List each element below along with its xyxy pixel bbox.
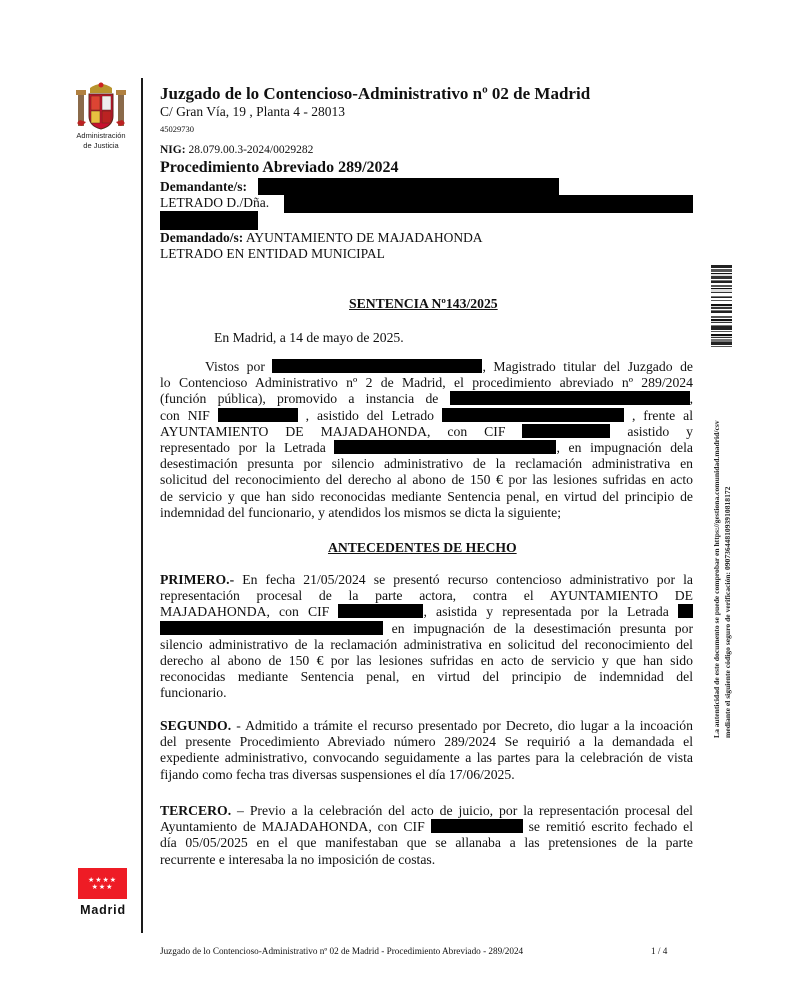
redaction-plaintiff xyxy=(450,391,690,405)
redaction-cif xyxy=(338,604,423,618)
text: expediente administrativo, convocando se… xyxy=(160,750,693,765)
administracion-justicia-caption: Administración de Justicia xyxy=(62,131,140,151)
segundo-line: expediente administrativo, convocando se… xyxy=(160,750,693,766)
intro-line: lo Contencioso Administrativo nº 2 de Ma… xyxy=(160,375,693,391)
redaction-plaintiff-lawyer-cont xyxy=(160,211,258,230)
text: día 05/05/2025 en el que manifestaban qu… xyxy=(160,835,693,850)
barcode-icon xyxy=(711,265,732,372)
verification-line-1: La autenticidad de este documento se pue… xyxy=(711,408,722,738)
intro-line: Vistos por , Magistrado titular del Juzg… xyxy=(160,359,693,375)
tercero-line: recurrente e interesaba la no imposición… xyxy=(160,852,693,868)
text: representado por la Letrada xyxy=(160,440,326,455)
defendant-value: AYUNTAMIENTO DE MAJADAHONDA xyxy=(243,230,482,245)
intro-paragraph: Vistos por , Magistrado titular del Juzg… xyxy=(160,359,693,521)
court-address: C/ Gran Vía, 19 , Planta 4 - 28013 xyxy=(160,104,345,120)
text: Vistos por xyxy=(205,359,265,374)
text: , asistida y representada por la Letrada xyxy=(423,604,668,619)
text: MAJADAHONDA, con CIF xyxy=(160,604,329,619)
segundo-line: SEGUNDO. - Admitido a trámite el recurso… xyxy=(160,718,693,734)
text: representación procesal de la parte acto… xyxy=(160,588,693,603)
text: lo Contencioso Administrativo nº 2 de Ma… xyxy=(160,375,693,390)
text: , xyxy=(690,391,693,406)
primero-line: en impugnación de la desestimación presu… xyxy=(160,621,693,637)
text: , en impugnación dela xyxy=(556,440,693,455)
text: con NIF xyxy=(160,408,210,423)
text: reconocidas mediante Sentencia penal, en… xyxy=(160,669,693,684)
redaction-magistrate xyxy=(272,359,482,373)
primero-line: PRIMERO.- En fecha 21/05/2024 se present… xyxy=(160,572,693,588)
primero-line: representación procesal de la parte acto… xyxy=(160,588,693,604)
intro-line: representado por la Letrada , en impugna… xyxy=(160,440,693,456)
madrid-logo-label: Madrid xyxy=(72,903,134,917)
text: fijando como fecha tras diversas suspens… xyxy=(160,767,515,782)
stars-row-2: ★★★ xyxy=(92,884,114,891)
segundo-line: fijando como fecha tras diversas suspens… xyxy=(160,767,693,783)
redaction-letrada xyxy=(334,440,556,454)
text: solicitud del reconocimiento del derecho… xyxy=(160,472,693,487)
intro-line: con NIF , asistido del Letrado , frente … xyxy=(160,408,693,424)
madrid-flag-icon: ★★★★ ★★★ xyxy=(78,868,127,899)
segundo-line: del presente Procedimiento Abreviado núm… xyxy=(160,734,693,750)
text: asistido y xyxy=(627,424,693,439)
court-code: 45029730 xyxy=(160,124,194,134)
text: AYUNTAMIENTO DE MAJADAHONDA, con CIF xyxy=(160,424,505,439)
primero-label: PRIMERO.- xyxy=(160,572,234,587)
text: , frente al xyxy=(632,408,693,423)
tercero-line: TERCERO. – Previo a la celebración del a… xyxy=(160,803,693,819)
text: - Admitido a trámite el recurso presenta… xyxy=(231,718,693,733)
intro-line: (función pública), promovido a instancia… xyxy=(160,391,693,407)
text: derecho al abono de 150 € por las lesion… xyxy=(160,653,693,668)
defendant-line: Demandado/s: AYUNTAMIENTO DE MAJADAHONDA xyxy=(160,230,483,246)
sentence-title: SENTENCIA Nº143/2025 xyxy=(349,296,498,312)
text: funcionario. xyxy=(160,685,227,700)
text: desestimación presunta por silencio admi… xyxy=(160,456,693,471)
procedure-title: Procedimiento Abreviado 289/2024 xyxy=(160,159,399,177)
spain-coat-of-arms-icon xyxy=(74,80,128,134)
text: (función pública), promovido a instancia… xyxy=(160,391,438,406)
defendant-label: Demandado/s: xyxy=(160,230,243,245)
text: – Previo a la celebración del acto de ju… xyxy=(231,803,693,818)
redaction-lawyer xyxy=(442,408,624,422)
vertical-rule xyxy=(141,78,143,933)
intro-line: AYUNTAMIENTO DE MAJADAHONDA, con CIF asi… xyxy=(160,424,693,440)
primero-line: reconocidas mediante Sentencia penal, en… xyxy=(160,669,693,685)
nig-label: NIG: xyxy=(160,144,186,156)
footer-text: Juzgado de lo Contencioso-Administrativo… xyxy=(160,946,523,956)
redaction-nif xyxy=(218,408,298,422)
date-line: En Madrid, a 14 de mayo de 2025. xyxy=(214,330,404,346)
caption-line-1: Administración xyxy=(62,131,140,141)
tercero-line: día 05/05/2025 en el que manifestaban qu… xyxy=(160,835,693,851)
defendant-lawyer: LETRADO EN ENTIDAD MUNICIPAL xyxy=(160,246,385,262)
text: , asistido del Letrado xyxy=(306,408,434,423)
nig-line: NIG: 28.079.00.3-2024/0029282 xyxy=(160,144,313,156)
text: indemnidad del funcionario, y atendidos … xyxy=(160,505,561,520)
tercero-label: TERCERO. xyxy=(160,803,231,818)
text: En fecha 21/05/2024 se presentó recurso … xyxy=(234,572,693,587)
nig-value: 28.079.00.3-2024/0029282 xyxy=(186,144,314,156)
plaintiff-lawyer-line: LETRADO D./Dña. xyxy=(160,195,269,211)
text: , Magistrado titular del Juzgado de xyxy=(482,359,693,374)
primero-line: funcionario. xyxy=(160,685,693,701)
intro-line: desestimación presunta por silencio admi… xyxy=(160,456,693,472)
primero-paragraph: PRIMERO.- En fecha 21/05/2024 se present… xyxy=(160,572,693,702)
intro-line: indemnidad del funcionario, y atendidos … xyxy=(160,505,693,521)
plaintiff-label: Demandante/s: xyxy=(160,179,247,194)
plaintiff-line: Demandante/s: xyxy=(160,179,247,195)
redaction-plaintiff-name xyxy=(258,178,559,195)
caption-line-2: de Justicia xyxy=(62,141,140,151)
redaction-letrada-name xyxy=(160,621,383,635)
text: recurrente e interesaba la no imposición… xyxy=(160,852,435,867)
text: se remitió escrito fechado el xyxy=(529,819,693,834)
redaction-cif xyxy=(522,424,610,438)
antecedentes-heading: ANTECEDENTES DE HECHO xyxy=(328,540,517,556)
segundo-paragraph: SEGUNDO. - Admitido a trámite el recurso… xyxy=(160,718,693,783)
tercero-paragraph: TERCERO. – Previo a la celebración del a… xyxy=(160,803,693,868)
plaintiff-lawyer-label: LETRADO D./Dña. xyxy=(160,195,269,210)
redaction-cif xyxy=(431,819,523,833)
segundo-label: SEGUNDO. xyxy=(160,718,231,733)
text: del presente Procedimiento Abreviado núm… xyxy=(160,734,693,749)
text: Ayuntamiento de MAJADAHONDA, con CIF xyxy=(160,819,425,834)
verification-note: La autenticidad de este documento se pue… xyxy=(711,408,735,738)
text: en impugnación de la desestimación presu… xyxy=(392,621,693,636)
redaction-plaintiff-lawyer xyxy=(284,195,693,213)
primero-line: MAJADAHONDA, con CIF , asistida y repres… xyxy=(160,604,693,620)
court-name: Juzgado de lo Contencioso-Administrativo… xyxy=(160,84,590,104)
page-number: 1 / 4 xyxy=(651,946,667,956)
verification-line-2: mediante el siguiente código seguro de v… xyxy=(722,408,733,738)
primero-line: derecho al abono de 150 € por las lesion… xyxy=(160,653,693,669)
tercero-line: Ayuntamiento de MAJADAHONDA, con CIF se … xyxy=(160,819,693,835)
text: de servicio y que han sido reconocidas m… xyxy=(160,489,693,504)
primero-line: silencio administrativo de la reclamació… xyxy=(160,637,693,653)
intro-line: solicitud del reconocimiento del derecho… xyxy=(160,472,693,488)
redaction-letrada-start xyxy=(678,604,693,618)
intro-line: de servicio y que han sido reconocidas m… xyxy=(160,489,693,505)
text: silencio administrativo de la reclamació… xyxy=(160,637,693,652)
